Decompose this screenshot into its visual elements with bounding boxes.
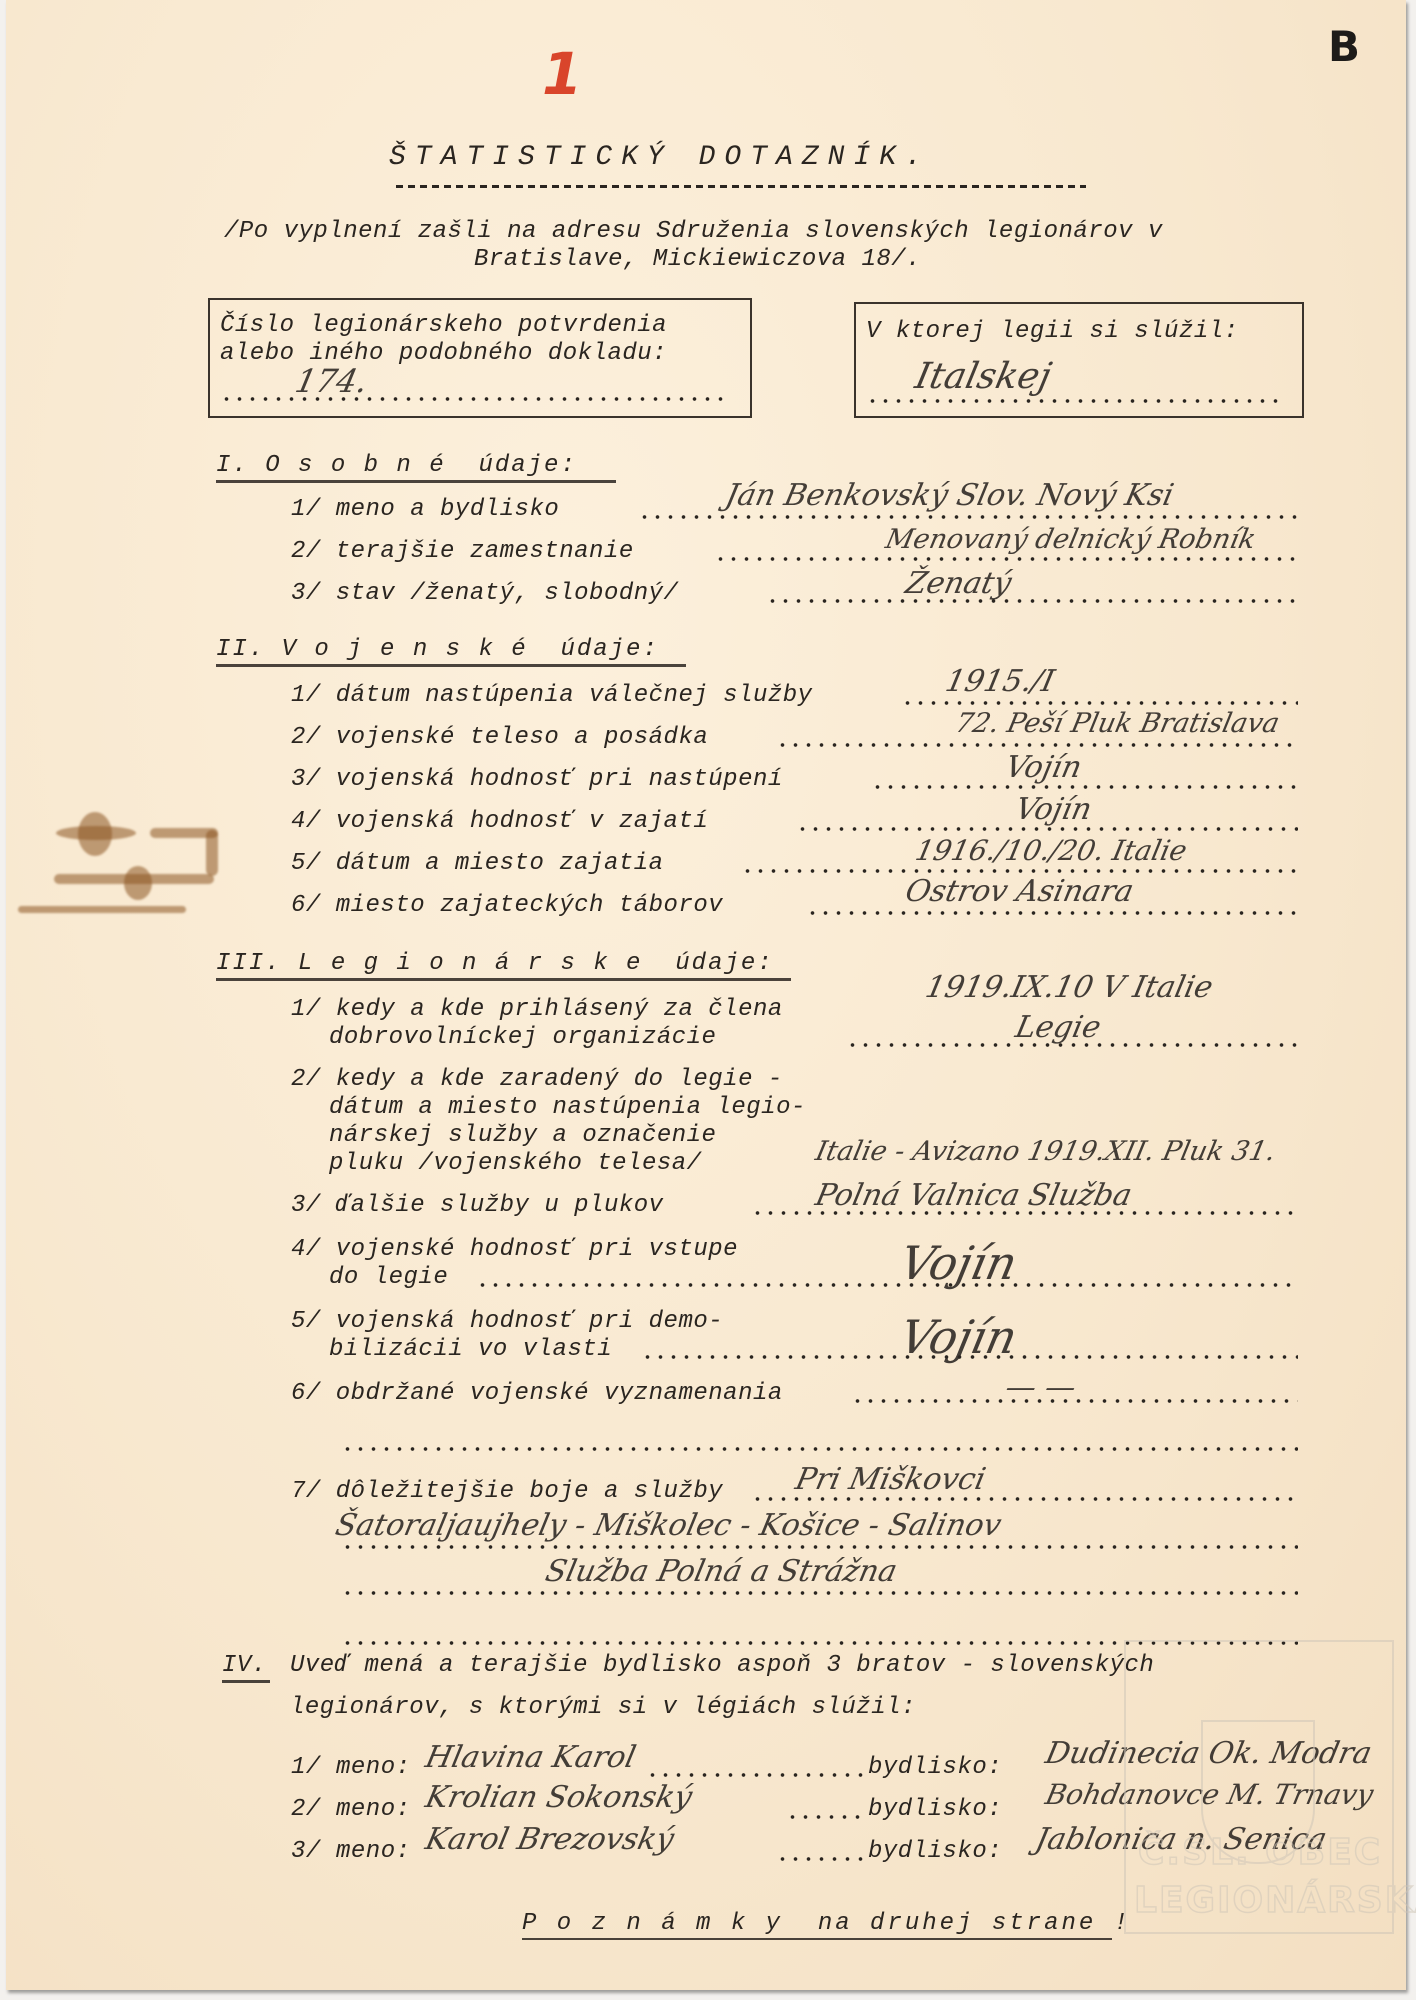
instruction-line-2: Bratislave, Mickiewiczova 18/.	[474, 246, 921, 273]
field-label-war-service-date: 1/ dátum nastúpenia válečnej služby	[291, 682, 813, 709]
legion-item2-line4: pluku /vojenského telesa/	[329, 1150, 702, 1177]
legion-item4-line1: 4/ vojenské hodnosť pri vstupe	[291, 1236, 738, 1263]
legion-association-watermark: Č.SL. OBEC LEGIONÁRSKA	[1116, 1640, 1401, 1940]
dotted-line	[776, 1856, 866, 1862]
heading-underline	[216, 978, 791, 981]
dotted-line	[776, 742, 1298, 748]
dotted-line	[871, 784, 1298, 790]
field-value-rank-at-enlistment: Vojín	[1002, 750, 1085, 785]
field-label-name-residence: 1/ meno a bydlisko	[291, 496, 559, 523]
dotted-line	[901, 700, 1298, 706]
legion-item3-value: Polná Valnica Služba	[812, 1178, 1135, 1213]
residence-label: bydlisko:	[868, 1838, 1002, 1865]
dotted-line	[866, 398, 1286, 404]
legion-item4-line2: do legie	[329, 1264, 448, 1291]
field-value-rank-in-captivity: Vojín	[1012, 792, 1095, 827]
dotted-line	[766, 598, 1298, 604]
heading-underline	[222, 1680, 270, 1683]
footer-underline	[522, 1938, 1112, 1940]
legion-item3-label: 3/ ďalšie služby u plukov	[291, 1192, 664, 1219]
field-label-pow-camps: 6/ miesto zajateckých táborov	[291, 892, 723, 919]
field-label-rank-at-enlistment: 3/ vojenská hodnosť pri nastúpení	[291, 766, 783, 793]
legion-item2-line3: nárskej služby a označenie	[329, 1122, 716, 1149]
dotted-line	[341, 1544, 1298, 1550]
legion-item2-line2: dátum a miesto nastúpenia legio-	[329, 1094, 806, 1121]
name-label: meno:	[336, 1796, 411, 1823]
dotted-line	[341, 1446, 1298, 1452]
legion-item1-value-b: Legie	[1012, 1010, 1104, 1045]
legion-label: V ktorej legii si slúžil:	[866, 318, 1239, 345]
name-label: meno:	[336, 1838, 411, 1865]
field-value-pow-camps: Ostrov Asinara	[902, 874, 1136, 909]
row-number: 1/	[291, 1754, 321, 1781]
dotted-line	[714, 556, 1298, 562]
legion-item7-value-line3: Služba Polná a Strážna	[542, 1554, 900, 1589]
legion-item7-label: 7/ dôležitejšie boje a služby	[291, 1478, 723, 1505]
dotted-line	[806, 910, 1298, 916]
dotted-line	[646, 1772, 866, 1778]
page-number-mark: 1	[542, 40, 582, 108]
field-value-name-residence: Ján Benkovský Slov. Nový Ksi	[722, 478, 1176, 513]
heading-underline	[216, 480, 616, 483]
field-label-marital-status: 3/ stav /ženatý, slobodný/	[291, 580, 678, 607]
field-label-rank-in-captivity: 4/ vojenská hodnosť v zajatí	[291, 808, 708, 835]
legion-item6-label: 6/ obdržané vojenské vyznamenania	[291, 1380, 783, 1407]
legion-item6-value: — —	[1002, 1370, 1079, 1405]
legion-item1-line1: 1/ kedy a kde prihlásený za člena	[291, 996, 783, 1023]
watermark-line-1: Č.SL. OBEC	[1138, 1832, 1382, 1873]
legion-item2-value: Italie - Avizano 1919.XII. Pluk 31.	[813, 1136, 1279, 1167]
dotted-line	[341, 1590, 1298, 1596]
comrade-name: Krolian Sokonský	[422, 1780, 695, 1815]
residence-label: bydlisko:	[868, 1796, 1002, 1823]
legion-item5-line1: 5/ vojenská hodnosť pri demo-	[291, 1308, 723, 1335]
field-value-unit-garrison: 72. Peší Pluk Bratislava	[953, 708, 1283, 739]
section-legion-heading: III. L e g i o n á r s k e údaje:	[216, 950, 774, 977]
certificate-label-line-2: alebo iného podobného dokladu:	[220, 340, 667, 367]
legion-item7-value-line1: Pri Miškovci	[792, 1462, 988, 1497]
title-underline	[396, 185, 1086, 188]
field-label-capture-date-place: 5/ dátum a miesto zajatia	[291, 850, 664, 877]
heading-underline	[216, 664, 686, 667]
footer-note: P o z n á m k y na druhej strane !	[522, 1910, 1131, 1937]
corner-letter-mark: B	[1328, 22, 1360, 71]
field-value-capture-date-place: 1916./10./20. Italie	[912, 834, 1189, 867]
row-number: 2/	[291, 1796, 321, 1823]
legion-item4-value: Vojín	[895, 1236, 1022, 1290]
legion-item1-value-a: 1919.IX.10 V Italie	[922, 970, 1216, 1005]
comrades-instruction-line-2: legionárov, s ktorými si v légiách slúži…	[290, 1694, 916, 1721]
row-number: 3/	[291, 1838, 321, 1865]
certificate-number-value: 174.	[292, 362, 371, 400]
watermark-line-2: LEGIONÁRSKA	[1134, 1880, 1416, 1921]
comrade-name: Karol Brezovský	[422, 1822, 677, 1857]
dotted-line	[786, 1814, 866, 1820]
legion-item2-line1: 2/ kedy a kde zaradený do legie -	[291, 1066, 783, 1093]
comrade-name: Hlavina Karol	[422, 1740, 639, 1775]
legion-item7-value-line2: Šatoraljaujhely - Miškolec - Košice - Sa…	[332, 1508, 1004, 1543]
legion-item1-line2: dobrovolníckej organizácie	[329, 1024, 716, 1051]
field-value-occupation: Menovaný delnický Robník	[883, 524, 1259, 555]
legion-item5-value: Vojín	[895, 1310, 1022, 1364]
field-value-war-service-date: 1915./I	[942, 664, 1057, 699]
section-military-heading: II. V o j e n s k é údaje:	[216, 636, 659, 663]
section-personal-heading: I. O s o b n é údaje:	[216, 452, 577, 479]
section-comrades-heading: IV.	[222, 1652, 267, 1679]
field-value-marital-status: Ženatý	[902, 566, 1014, 601]
instruction-line-1: /Po vyplnení zašli na adresu Sdruženia s…	[224, 218, 1163, 245]
questionnaire-page: 1 B ŠTATISTICKÝ DOTAZNÍK. /Po vyplnení z…	[6, 0, 1406, 1990]
certificate-number-box: Číslo legionárskeho potvrdenia alebo iné…	[208, 298, 752, 418]
document-title: ŠTATISTICKÝ DOTAZNÍK.	[389, 142, 931, 173]
dotted-line	[220, 396, 730, 402]
dotted-line	[476, 1282, 1298, 1288]
legion-value: Italskej	[912, 356, 1055, 397]
field-label-unit-garrison: 2/ vojenské teleso a posádka	[291, 724, 708, 751]
dotted-line	[638, 514, 1298, 520]
legion-box: V ktorej legii si slúžil: Italskej	[854, 302, 1304, 418]
dotted-line	[851, 1398, 1298, 1404]
residence-label: bydlisko:	[868, 1754, 1002, 1781]
comrades-instruction-line-1: Uveď mená a terajšie bydlisko aspoň 3 br…	[290, 1652, 1154, 1679]
certificate-label-line-1: Číslo legionárskeho potvrdenia	[220, 312, 667, 339]
name-label: meno:	[336, 1754, 411, 1781]
legion-item5-line2: bilizácii vo vlasti	[329, 1336, 612, 1363]
field-label-occupation: 2/ terajšie zamestnanie	[291, 538, 634, 565]
